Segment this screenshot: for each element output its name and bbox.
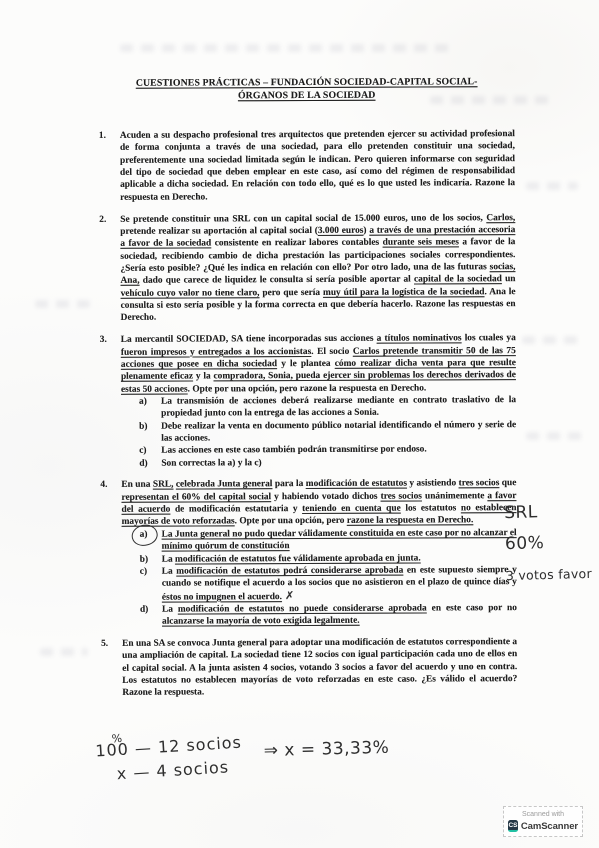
camscanner-icon: CS	[508, 820, 518, 832]
handwritten-x-mark: ✗	[285, 589, 294, 602]
question-5-number: 5.	[101, 638, 108, 650]
question-1-text: Acuden a su despacho profesional tres ar…	[120, 128, 515, 204]
bleed-through-mark	[40, 648, 88, 656]
title-line-1: CUESTIONES PRÁCTICAS – FUNDACIÓN SOCIEDA…	[99, 75, 515, 90]
question-5-text: En una SA se convoca Junta general para …	[122, 636, 517, 699]
title-line-2: ÓRGANOS DE LA SOCIEDAD	[99, 88, 515, 103]
question-2-number: 2.	[99, 213, 106, 225]
question-3: 3. La mercantil SOCIEDAD, SA tiene incor…	[100, 332, 517, 470]
option-letter: d)	[139, 457, 147, 469]
question-1-number: 1.	[99, 130, 106, 142]
question-2: 2. Se pretende constituir una SRL con un…	[99, 212, 515, 325]
option-letter: b)	[139, 420, 147, 432]
question-4-text: En una SRL, celebrada Junta general para…	[121, 478, 516, 529]
bleed-through-mark	[526, 182, 578, 190]
option-letter: c)	[139, 445, 146, 457]
option-letter: a)	[139, 396, 147, 408]
calc-percent-sign: %	[111, 732, 122, 746]
question-3-number: 3.	[100, 334, 107, 346]
option-text: Las acciones en este caso también podrán…	[161, 445, 426, 456]
margin-note-line: 60%	[505, 527, 592, 560]
scanned-page: CUESTIONES PRÁCTICAS – FUNDACIÓN SOCIEDA…	[0, 0, 599, 848]
option-text: La modificación de estatutos no puede co…	[162, 603, 517, 627]
question-3-option-d: d) Son correctas la a) y la c)	[121, 456, 516, 470]
question-1: 1. Acuden a su despacho profesional tres…	[99, 128, 515, 204]
option-letter: d)	[140, 604, 148, 616]
bleed-through-mark	[35, 300, 90, 308]
option-text: La modificación de estatutos podrá consi…	[162, 565, 517, 602]
option-letter: b)	[140, 553, 148, 565]
bleed-through-mark	[522, 336, 582, 344]
bleed-through-mark	[120, 44, 450, 52]
option-text: La transmisión de acciones deberá realiz…	[161, 395, 516, 419]
handwritten-calculation: % 100 — 12 socios x — 4 socios ⇒ x = 33,…	[95, 733, 244, 785]
question-4: 4. En una SRL, celebrada Junta general p…	[100, 478, 517, 629]
camscanner-brand: CamScanner	[521, 821, 578, 832]
scanned-with-label: Scanned with	[508, 811, 578, 818]
camscanner-wordmark: CS CamScanner	[508, 820, 578, 832]
calc-line-2: x — 4 socios	[116, 757, 244, 784]
camscanner-badge: Scanned with CS CamScanner	[503, 806, 583, 837]
option-text: La modificación de estatutos fue válidam…	[162, 553, 421, 564]
option-letter: c)	[140, 566, 147, 578]
question-2-text: Se pretende constituir una SRL con un ca…	[120, 212, 515, 325]
calc-result: ⇒ x = 33,33%	[263, 738, 389, 761]
handwritten-circle-mark: a)	[140, 529, 148, 541]
question-3-text: La mercantil SOCIEDAD, SA tiene incorpor…	[121, 332, 516, 395]
question-4-option-c: c) La modificación de estatutos podrá co…	[122, 564, 517, 604]
option-text: Son correctas la a) y la c)	[161, 458, 261, 468]
question-4-option-a: a) La Junta general no pudo quedar válid…	[122, 527, 517, 553]
option-text: La Junta general no pudo quedar válidame…	[162, 528, 517, 552]
bleed-through-mark	[526, 432, 584, 440]
question-4-option-d: d) La modificación de estatutos no puede…	[122, 602, 517, 628]
handwritten-margin-note: SRL 60% 3 votos favor	[504, 496, 593, 591]
question-3-option-a: a) La transmisión de acciones deberá rea…	[121, 394, 516, 420]
document: CUESTIONES PRÁCTICAS – FUNDACIÓN SOCIEDA…	[99, 75, 518, 709]
question-4-number: 4.	[100, 479, 107, 491]
margin-note-line: SRL	[504, 496, 591, 529]
option-text: Debe realizar la venta en documento públ…	[161, 420, 516, 444]
document-title: CUESTIONES PRÁCTICAS – FUNDACIÓN SOCIEDA…	[99, 75, 515, 103]
question-5: 5. En una SA se convoca Junta general pa…	[101, 636, 517, 700]
margin-note-line: 3 votos favor	[505, 558, 592, 591]
question-3-option-b: b) Debe realizar la venta en documento p…	[121, 419, 516, 445]
